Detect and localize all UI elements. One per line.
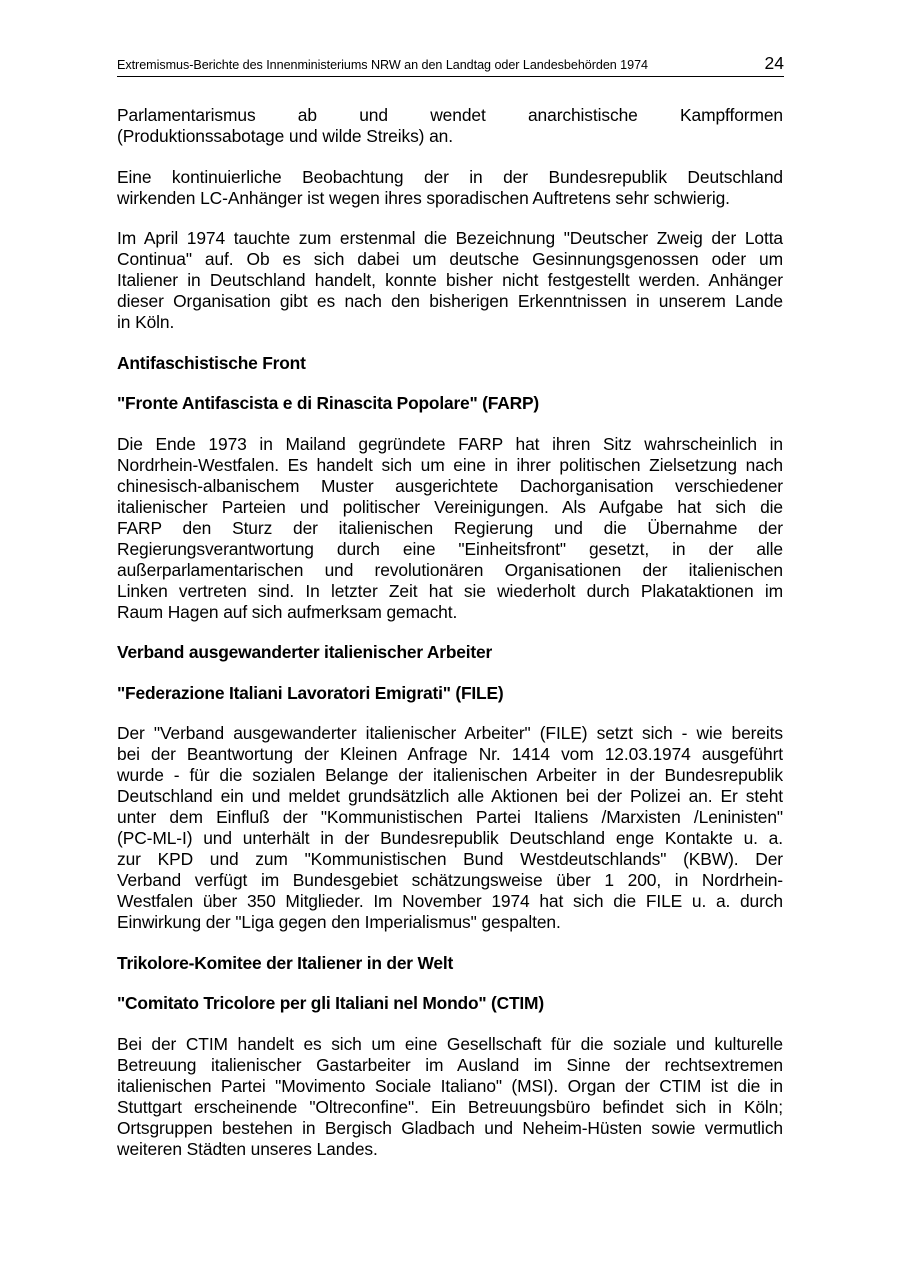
section-heading: Trikolore-Komitee der Italiener in der W… [117,953,783,974]
paragraph-line: Im April 1974 tauchte zum erstenmal die … [117,228,783,249]
block-spacer [117,974,783,994]
paragraph-line: in Köln. [117,312,783,333]
paragraph-line: bei der Beantwortung der Kleinen Anfrage… [117,744,783,765]
paragraph-line: Der "Verband ausgewanderter italienische… [117,723,783,744]
paragraph-line: Italiener in Deutschland handelt, konnte… [117,270,783,291]
paragraph-line: unter dem Einfluß der "Kommunistischen P… [117,807,783,828]
paragraph-line: Deutschland ein und meldet grundsätzlich… [117,786,783,807]
paragraph: Bei der CTIM handelt es sich um eine Ges… [117,1034,783,1160]
section-heading: "Comitato Tricolore per gli Italiani nel… [117,993,783,1014]
block-spacer [117,623,783,643]
paragraph-line: Ortsgruppen bestehen in Bergisch Gladbac… [117,1118,783,1139]
block-spacer [117,933,783,953]
paragraph-line: wirkenden LC-Anhänger ist wegen ihres sp… [117,188,783,209]
paragraph-line: Nordrhein-Westfalen. Es handelt sich um … [117,455,783,476]
paragraph-line: Stuttgart erscheinende "Oltreconfine". E… [117,1097,783,1118]
section-heading: Antifaschistische Front [117,353,783,374]
paragraph-line: außerparlamentarischen und revolutionäre… [117,560,783,581]
block-spacer [117,1014,783,1034]
paragraph-line: Betreuung italienischer Gastarbeiter im … [117,1055,783,1076]
heading-text: Trikolore-Komitee der Italiener in der W… [117,953,783,974]
paragraph-line: dieser Organisation gibt es nach den bis… [117,291,783,312]
paragraph-line: italienischer Parteien und politischer V… [117,497,783,518]
heading-text: Antifaschistische Front [117,353,783,374]
block-spacer [117,704,783,724]
paragraph-line: (Produktionssabotage und wilde Streiks) … [117,126,783,147]
paragraph: Eine kontinuierliche Beobachtung der in … [117,167,783,209]
paragraph-line: zur KPD und zum "Kommunistischen Bund We… [117,849,783,870]
heading-text: "Federazione Italiani Lavoratori Emigrat… [117,683,783,704]
paragraph-line: wurde - für die sozialen Belange der ita… [117,765,783,786]
paragraph-line: (PC-ML-I) und unterhält in der Bundesrep… [117,828,783,849]
paragraph-line: Die Ende 1973 in Mailand gegründete FARP… [117,434,783,455]
block-spacer [117,663,783,683]
section-heading: Verband ausgewanderter italienischer Arb… [117,642,783,663]
page-number: 24 [765,53,784,74]
paragraph-line: italienischen Partei "Movimento Sociale … [117,1076,783,1097]
paragraph: Im April 1974 tauchte zum erstenmal die … [117,228,783,333]
paragraph: Der "Verband ausgewanderter italienische… [117,723,783,933]
block-spacer [117,333,783,353]
paragraph: Die Ende 1973 in Mailand gegründete FARP… [117,434,783,623]
page-header: Extremismus-Berichte des Innenministeriu… [117,52,784,77]
paragraph-line: Westfalen über 350 Mitglieder. Im Novemb… [117,891,783,912]
block-spacer [117,414,783,434]
paragraph-line: Eine kontinuierliche Beobachtung der in … [117,167,783,188]
section-heading: "Fronte Antifascista e di Rinascita Popo… [117,393,783,414]
heading-text: "Fronte Antifascista e di Rinascita Popo… [117,393,783,414]
paragraph-line: Einwirkung der "Liga gegen den Imperiali… [117,912,783,933]
heading-text: Verband ausgewanderter italienischer Arb… [117,642,783,663]
paragraph-line: FARP den Sturz der italienischen Regieru… [117,518,783,539]
paragraph-line: chinesisch-albanischem Muster ausgericht… [117,476,783,497]
paragraph-line: Continua" auf. Ob es sich dabei um deuts… [117,249,783,270]
block-spacer [117,147,783,167]
block-spacer [117,209,783,229]
header-title: Extremismus-Berichte des Innenministeriu… [117,58,648,72]
heading-text: "Comitato Tricolore per gli Italiani nel… [117,993,783,1014]
document-body: Parlamentarismus ab und wendet anarchist… [117,105,783,1160]
paragraph-line: Raum Hagen auf sich aufmerksam gemacht. [117,602,783,623]
paragraph-line: Regierungsverantwortung durch eine "Einh… [117,539,783,560]
paragraph-line: Linken vertreten sind. In letzter Zeit h… [117,581,783,602]
paragraph-line: Verband verfügt im Bundesgebiet schätzun… [117,870,783,891]
paragraph-line: weiteren Städten unseres Landes. [117,1139,783,1160]
paragraph-line: Bei der CTIM handelt es sich um eine Ges… [117,1034,783,1055]
block-spacer [117,374,783,394]
paragraph: Parlamentarismus ab und wendet anarchist… [117,105,783,147]
paragraph-line: Parlamentarismus ab und wendet anarchist… [117,105,783,126]
section-heading: "Federazione Italiani Lavoratori Emigrat… [117,683,783,704]
